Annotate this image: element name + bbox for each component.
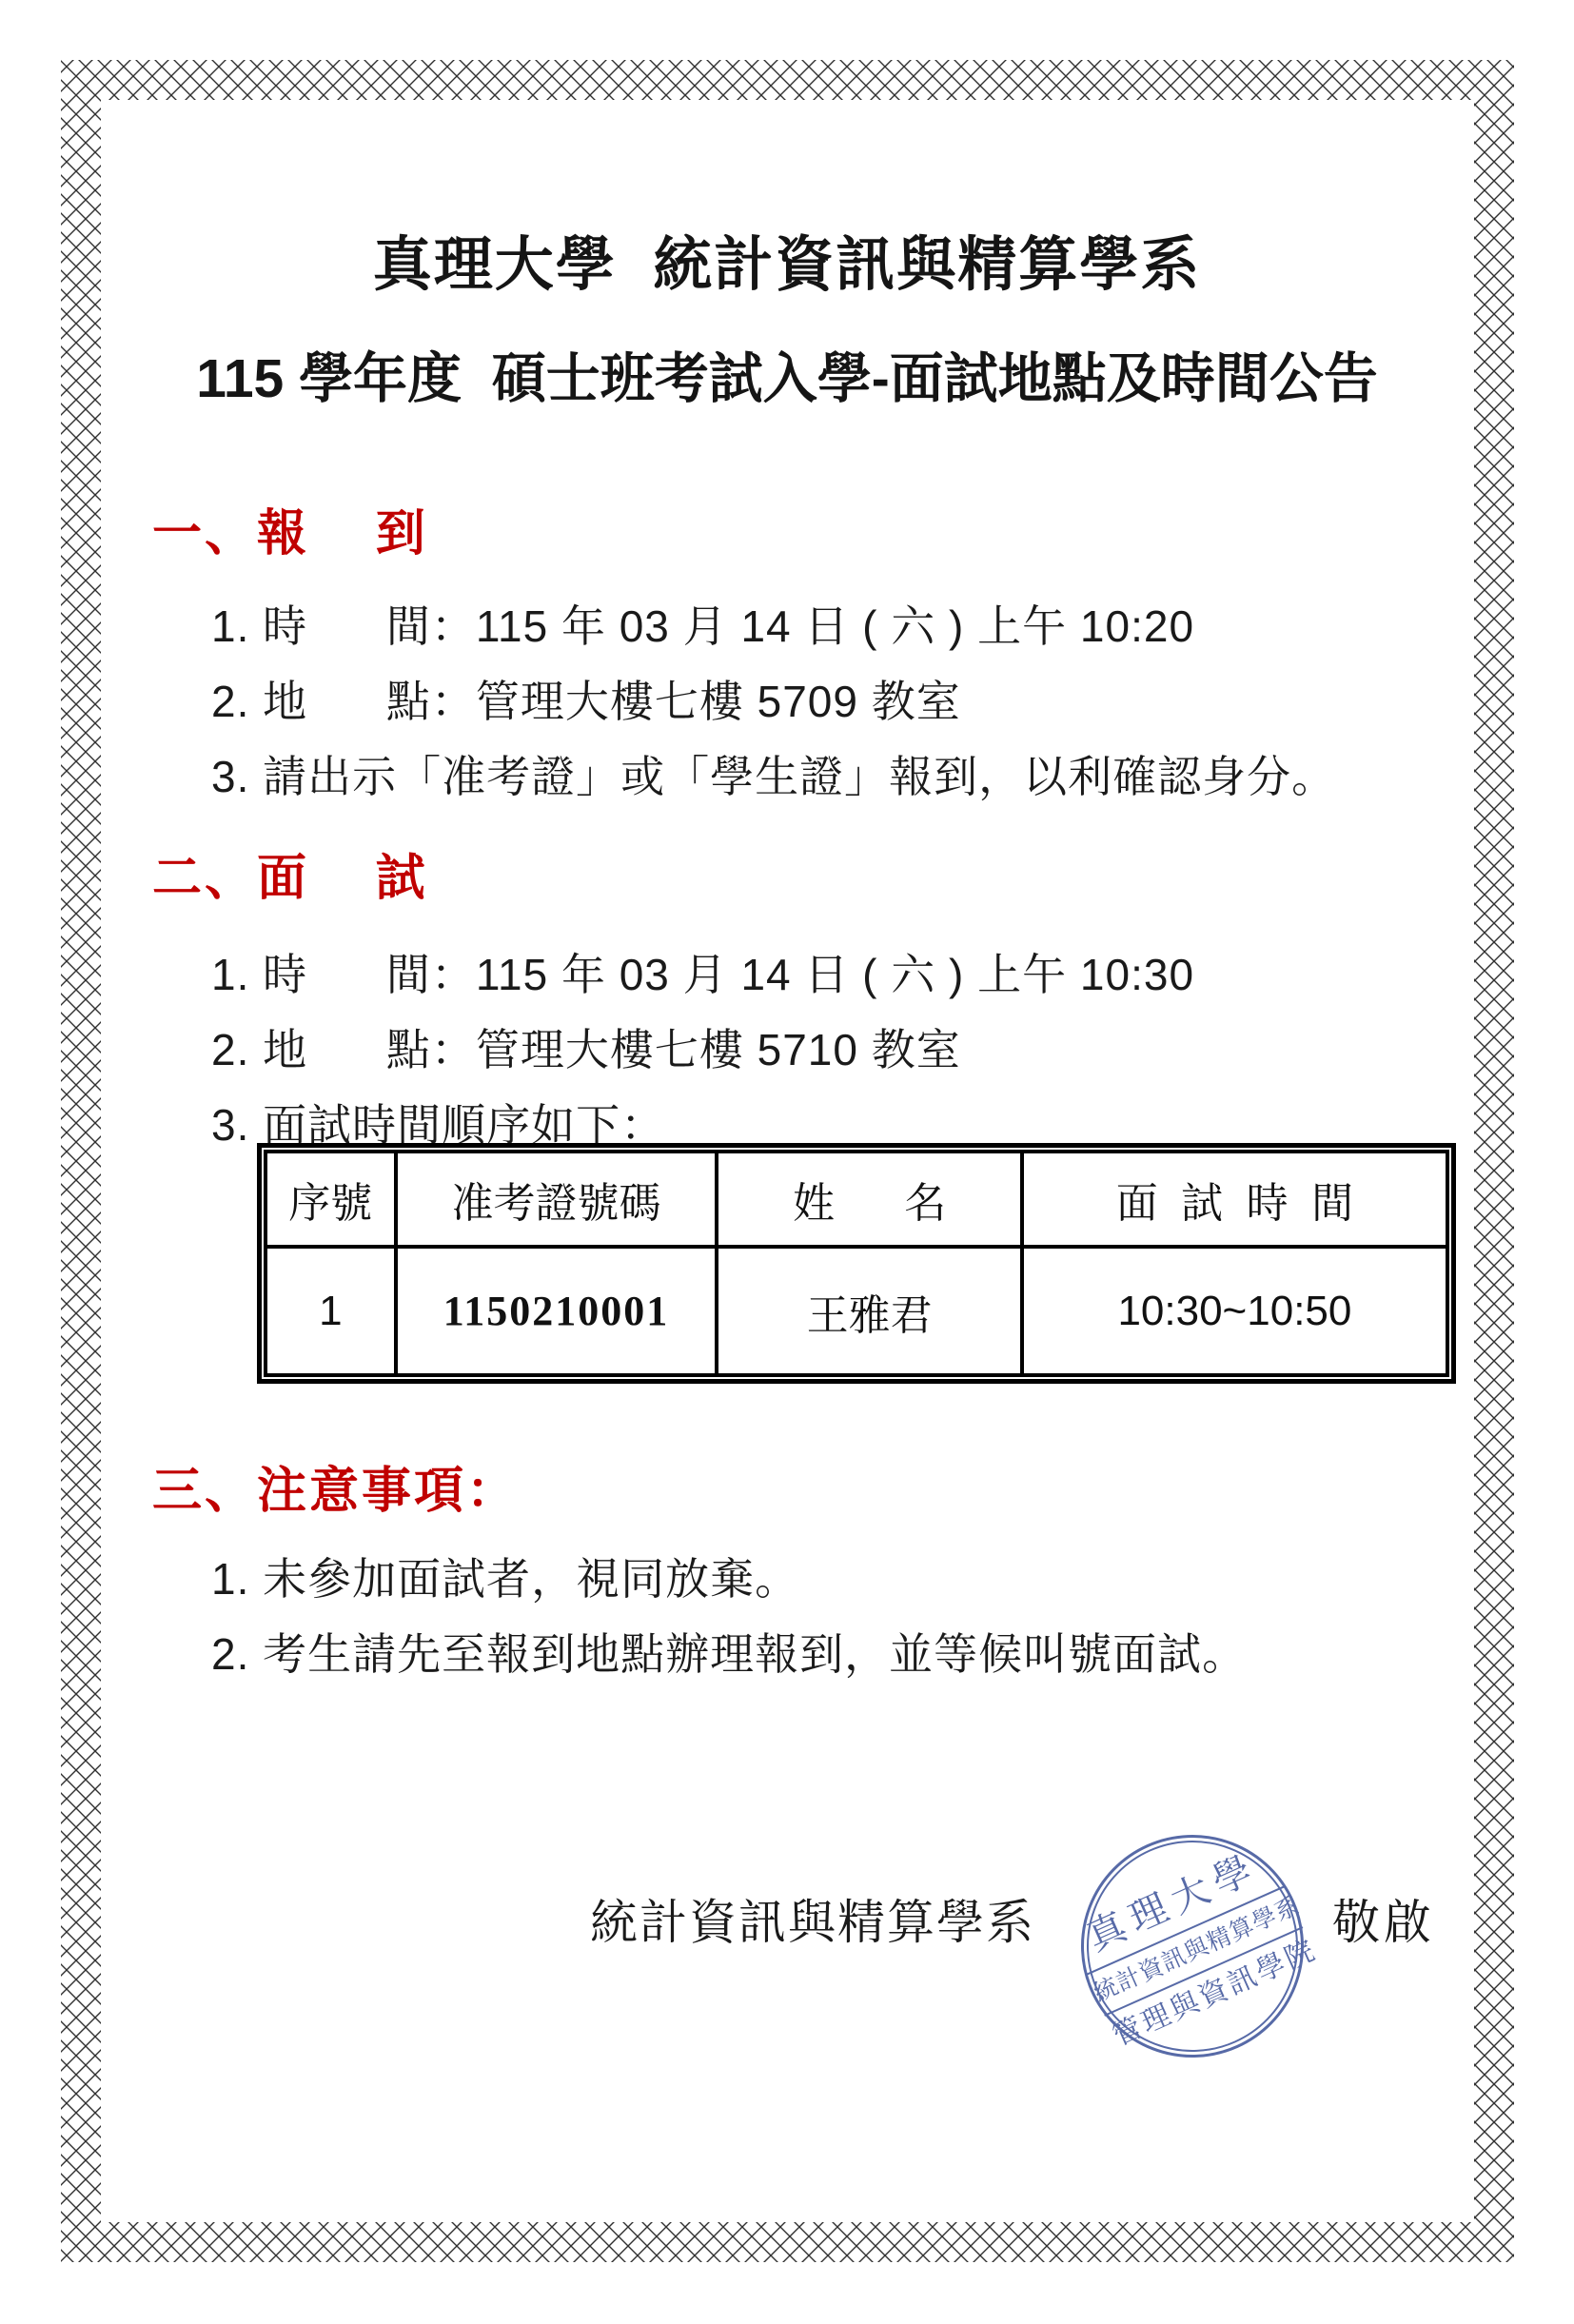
- section-2-item-time: 1. 時 間：115 年 03 月 14 日 ( 六 ) 上午 10:30: [211, 940, 1194, 1003]
- section-2-item-place: 2. 地 點：管理大樓七樓 5710 教室: [211, 1015, 961, 1078]
- interview-table: 序號 准考證號碼 姓 名 面 試 時 間 1 1150210001 王雅君 10…: [257, 1143, 1456, 1384]
- cell-interview-time: 10:30~10:50: [1022, 1247, 1447, 1375]
- footer-closing: 敬啟: [1332, 1884, 1435, 1953]
- seal-department-name: 統計資訊與精算學系: [1086, 1886, 1303, 2017]
- cell-name: 王雅君: [717, 1247, 1021, 1375]
- section-3-item-1: 1. 未參加面試者，視同放棄。: [211, 1545, 799, 1607]
- cell-exam-number: 1150210001: [396, 1247, 718, 1375]
- announcement-page: 真理大學 統計資訊與精算學系 115 學年度 碩士班考試入學-面試地點及時間公告…: [0, 0, 1574, 2324]
- section-1-item-note: 3. 請出示「准考證」或「學生證」報到，以利確認身分。: [211, 742, 1336, 805]
- section-1-heading: 一、報 到: [152, 493, 428, 564]
- seal-college-name: 管理與資訊學院: [1105, 1928, 1320, 2055]
- table-header-row: 序號 准考證號碼 姓 名 面 試 時 間: [266, 1152, 1447, 1247]
- section-3-item-2: 2. 考生請先至報到地點辦理報到，並等候叫號面試。: [211, 1620, 1247, 1683]
- header-interview-time: 面 試 時 間: [1022, 1152, 1447, 1247]
- section-1-item-time: 1. 時 間：115 年 03 月 14 日 ( 六 ) 上午 10:20: [211, 592, 1194, 655]
- header-seq: 序號: [266, 1152, 396, 1247]
- section-2-heading: 二、面 試: [152, 837, 428, 909]
- university-seal: 真理大學 統計資訊與精算學系 管理與資訊學院: [1046, 1800, 1340, 2094]
- seal-university-name: 真理大學: [1065, 1837, 1285, 1974]
- cell-seq: 1: [266, 1247, 396, 1375]
- section-1-item-place: 2. 地 點：管理大樓七樓 5709 教室: [211, 667, 961, 730]
- footer-department: 統計資訊與精算學系: [590, 1884, 1035, 1953]
- header-exam-number: 准考證號碼: [396, 1152, 718, 1247]
- table-row: 1 1150210001 王雅君 10:30~10:50: [266, 1247, 1447, 1375]
- document-title: 真理大學 統計資訊與精算學系: [0, 217, 1574, 302]
- header-name: 姓 名: [717, 1152, 1021, 1247]
- section-3-heading: 三、注意事項：: [152, 1450, 519, 1522]
- document-subtitle: 115 學年度 碩士班考試入學-面試地點及時間公告: [0, 335, 1574, 413]
